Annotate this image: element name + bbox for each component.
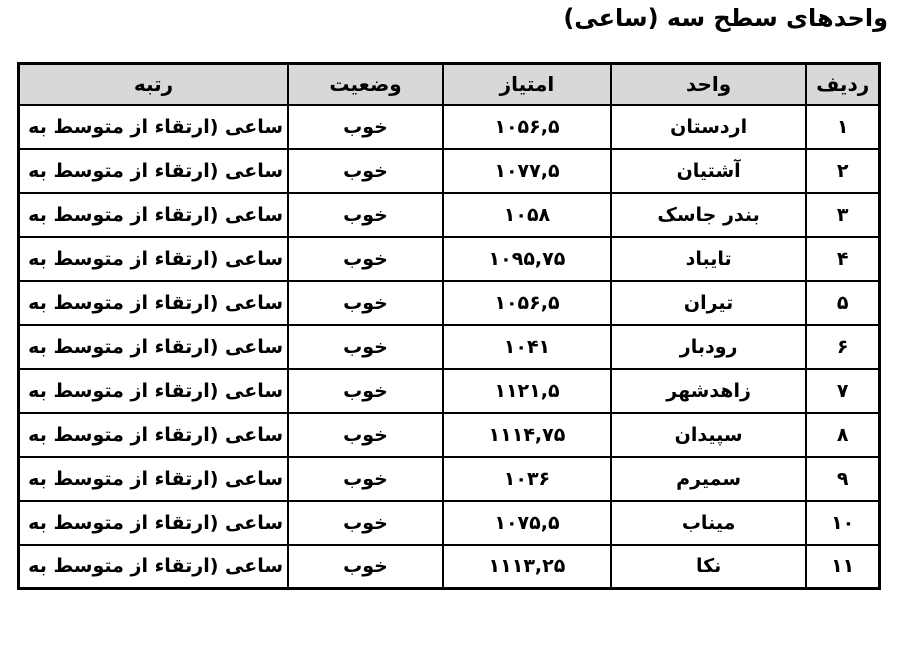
rank-cell: ساعی (ارتقاء از متوسط به خوب) xyxy=(19,149,289,193)
rank-cell: ساعی (ارتقاء از متوسط به خوب) xyxy=(19,545,289,589)
column-header-index: ردیف xyxy=(806,64,879,105)
row-index-cell: ۸ xyxy=(806,413,879,457)
rank-cell: ساعی (ارتقاء از متوسط به خوب) xyxy=(19,457,289,501)
unit-cell: بندر جاسک xyxy=(611,193,806,237)
unit-cell: تیران xyxy=(611,281,806,325)
status-cell: خوب xyxy=(288,281,443,325)
status-cell: خوب xyxy=(288,193,443,237)
rank-cell: ساعی (ارتقاء از متوسط به خوب) xyxy=(19,281,289,325)
unit-cell: رودبار xyxy=(611,325,806,369)
unit-cell: آشتیان xyxy=(611,149,806,193)
page-title: واحدهای سطح سه (ساعی) xyxy=(563,4,888,32)
header-row: ردیف واحد امتیاز وضعیت رتبه xyxy=(19,64,880,105)
row-index-cell: ۶ xyxy=(806,325,879,369)
table-row: ۲ آشتیان ۱۰۷۷,۵ خوب ساعی (ارتقاء از متوس… xyxy=(19,149,880,193)
score-cell: ۱۱۱۳,۲۵ xyxy=(443,545,611,589)
unit-cell: سپیدان xyxy=(611,413,806,457)
row-index-cell: ۱ xyxy=(806,105,879,149)
table-row: ۶ رودبار ۱۰۴۱ خوب ساعی (ارتقاء از متوسط … xyxy=(19,325,880,369)
status-cell: خوب xyxy=(288,501,443,545)
row-index-cell: ۷ xyxy=(806,369,879,413)
row-index-cell: ۱۱ xyxy=(806,545,879,589)
status-cell: خوب xyxy=(288,325,443,369)
table-header: ردیف واحد امتیاز وضعیت رتبه xyxy=(19,64,880,105)
unit-cell: تایباد xyxy=(611,237,806,281)
row-index-cell: ۵ xyxy=(806,281,879,325)
score-cell: ۱۱۲۱,۵ xyxy=(443,369,611,413)
document-page: واحدهای سطح سه (ساعی) ردیف واحد امتیاز و… xyxy=(0,0,898,646)
row-index-cell: ۹ xyxy=(806,457,879,501)
score-cell: ۱۰۵۶,۵ xyxy=(443,105,611,149)
row-index-cell: ۱۰ xyxy=(806,501,879,545)
unit-cell: نکا xyxy=(611,545,806,589)
status-cell: خوب xyxy=(288,413,443,457)
rank-cell: ساعی (ارتقاء از متوسط به خوب) xyxy=(19,105,289,149)
rank-cell: ساعی (ارتقاء از متوسط به خوب) xyxy=(19,325,289,369)
table-row: ۱۰ میناب ۱۰۷۵,۵ خوب ساعی (ارتقاء از متوس… xyxy=(19,501,880,545)
status-cell: خوب xyxy=(288,369,443,413)
column-header-rank: رتبه xyxy=(19,64,289,105)
units-table: ردیف واحد امتیاز وضعیت رتبه ۱ اردستان ۱۰… xyxy=(17,62,881,590)
score-cell: ۱۰۳۶ xyxy=(443,457,611,501)
score-cell: ۱۱۱۴,۷۵ xyxy=(443,413,611,457)
status-cell: خوب xyxy=(288,457,443,501)
score-cell: ۱۰۷۷,۵ xyxy=(443,149,611,193)
score-cell: ۱۰۷۵,۵ xyxy=(443,501,611,545)
column-header-score: امتیاز xyxy=(443,64,611,105)
column-header-status: وضعیت xyxy=(288,64,443,105)
rank-cell: ساعی (ارتقاء از متوسط به خوب) xyxy=(19,369,289,413)
unit-cell: میناب xyxy=(611,501,806,545)
rank-cell: ساعی (ارتقاء از متوسط به خوب) xyxy=(19,413,289,457)
status-cell: خوب xyxy=(288,237,443,281)
table-row: ۱۱ نکا ۱۱۱۳,۲۵ خوب ساعی (ارتقاء از متوسط… xyxy=(19,545,880,589)
unit-cell: اردستان xyxy=(611,105,806,149)
unit-cell: سمیرم xyxy=(611,457,806,501)
table-row: ۳ بندر جاسک ۱۰۵۸ خوب ساعی (ارتقاء از متو… xyxy=(19,193,880,237)
table-row: ۴ تایباد ۱۰۹۵,۷۵ خوب ساعی (ارتقاء از متو… xyxy=(19,237,880,281)
table-row: ۹ سمیرم ۱۰۳۶ خوب ساعی (ارتقاء از متوسط ب… xyxy=(19,457,880,501)
score-cell: ۱۰۵۶,۵ xyxy=(443,281,611,325)
table-row: ۸ سپیدان ۱۱۱۴,۷۵ خوب ساعی (ارتقاء از متو… xyxy=(19,413,880,457)
score-cell: ۱۰۴۱ xyxy=(443,325,611,369)
table-row: ۵ تیران ۱۰۵۶,۵ خوب ساعی (ارتقاء از متوسط… xyxy=(19,281,880,325)
rank-cell: ساعی (ارتقاء از متوسط به خوب) xyxy=(19,193,289,237)
status-cell: خوب xyxy=(288,545,443,589)
table-body: ۱ اردستان ۱۰۵۶,۵ خوب ساعی (ارتقاء از متو… xyxy=(19,105,880,589)
table-row: ۱ اردستان ۱۰۵۶,۵ خوب ساعی (ارتقاء از متو… xyxy=(19,105,880,149)
score-cell: ۱۰۹۵,۷۵ xyxy=(443,237,611,281)
status-cell: خوب xyxy=(288,149,443,193)
row-index-cell: ۴ xyxy=(806,237,879,281)
unit-cell: زاهدشهر xyxy=(611,369,806,413)
rank-cell: ساعی (ارتقاء از متوسط به خوب) xyxy=(19,501,289,545)
rank-cell: ساعی (ارتقاء از متوسط به خوب) xyxy=(19,237,289,281)
table-row: ۷ زاهدشهر ۱۱۲۱,۵ خوب ساعی (ارتقاء از متو… xyxy=(19,369,880,413)
row-index-cell: ۲ xyxy=(806,149,879,193)
score-cell: ۱۰۵۸ xyxy=(443,193,611,237)
status-cell: خوب xyxy=(288,105,443,149)
row-index-cell: ۳ xyxy=(806,193,879,237)
column-header-unit: واحد xyxy=(611,64,806,105)
